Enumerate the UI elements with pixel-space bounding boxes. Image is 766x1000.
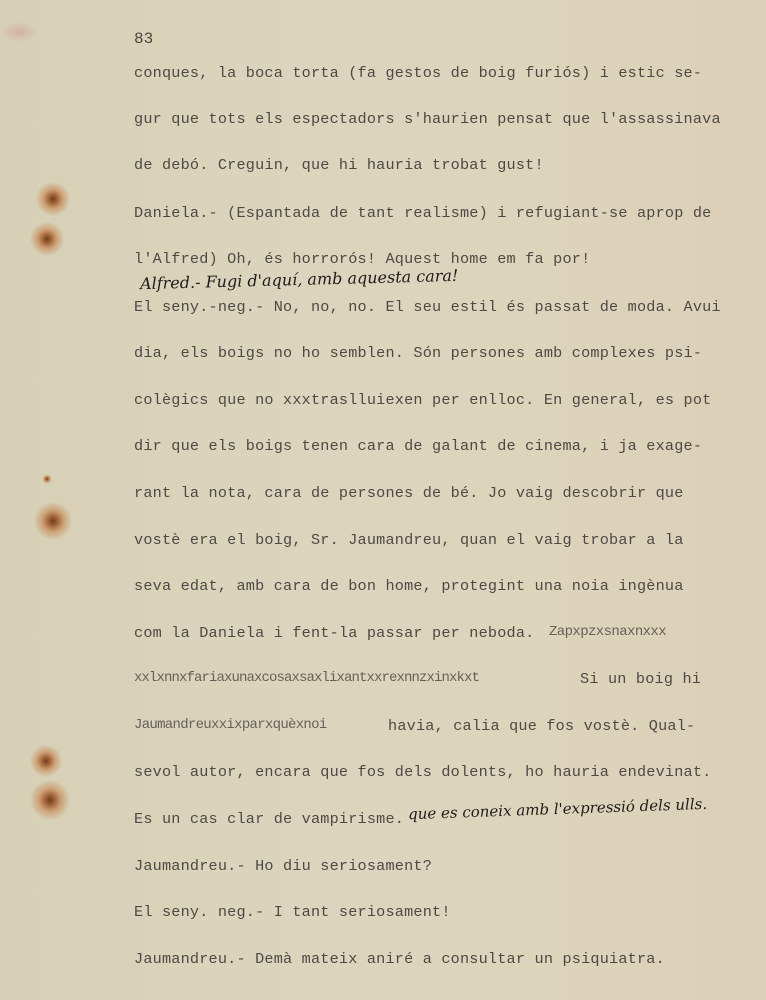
punch-hole — [42, 474, 52, 484]
text-line: seva edat, amb cara de bon home, protegi… — [134, 577, 684, 595]
text-line: Jaumandreu.- Ho diu seriosament? — [134, 857, 432, 875]
text-line: l'Alfred) Oh, és horrorós! Aquest home e… — [134, 250, 590, 268]
punch-hole — [30, 780, 70, 820]
text-line: vostè era el boig, Sr. Jaumandreu, quan … — [134, 531, 684, 549]
stain-mark — [0, 22, 38, 42]
typewritten-page: 83 conques, la boca torta (fa gestos de … — [0, 0, 766, 1000]
text-line: gur que tots els espectadors s'haurien p… — [134, 110, 721, 128]
punch-hole — [30, 222, 64, 256]
punch-hole — [36, 182, 70, 216]
text-line: Si un boig hi — [580, 670, 701, 688]
text-line: havia, calia que fos vostè. Qual- — [388, 717, 695, 735]
text-line: sevol autor, encara que fos dels dolents… — [134, 763, 711, 781]
text-line: colègics que no xxxtraslluiexen per enll… — [134, 391, 711, 409]
struck-out-text: Zapxpzxsnaxnxxx — [549, 624, 666, 640]
text-line: rant la nota, cara de persones de bé. Jo… — [134, 484, 684, 502]
text-line: com la Daniela i fent-la passar per nebo… — [134, 624, 535, 642]
text-line: dia, els boigs no ho semblen. Són person… — [134, 344, 702, 362]
text-line: conques, la boca torta (fa gestos de boi… — [134, 64, 702, 82]
punch-hole — [34, 502, 72, 540]
punch-hole — [30, 745, 62, 777]
handwritten-annotation: Alfred.- Fugi d'aquí, amb aquesta cara! — [140, 266, 459, 293]
struck-out-text: xxlxnnxfariaxunaxcosaxsaxlixantxxrexnnzx… — [134, 670, 479, 686]
text-line: de debó. Creguin, que hi hauria trobat g… — [134, 156, 544, 174]
text-line: El seny.-neg.- No, no, no. El seu estil … — [134, 298, 721, 316]
handwritten-annotation: que es coneix amb l'expressió dels ulls. — [408, 795, 708, 823]
struck-out-text: Jaumandreuxxixparxquèxnoi — [134, 717, 327, 733]
text-line: dir que els boigs tenen cara de galant d… — [134, 437, 702, 455]
text-line: Daniela.- (Espantada de tant realisme) i… — [134, 204, 711, 222]
text-line: Jaumandreu.- Demà mateix aniré a consult… — [134, 950, 665, 968]
text-line: El seny. neg.- I tant seriosament! — [134, 903, 451, 921]
page-number: 83 — [134, 30, 153, 48]
text-line: Es un cas clar de vampirisme. — [134, 810, 404, 828]
